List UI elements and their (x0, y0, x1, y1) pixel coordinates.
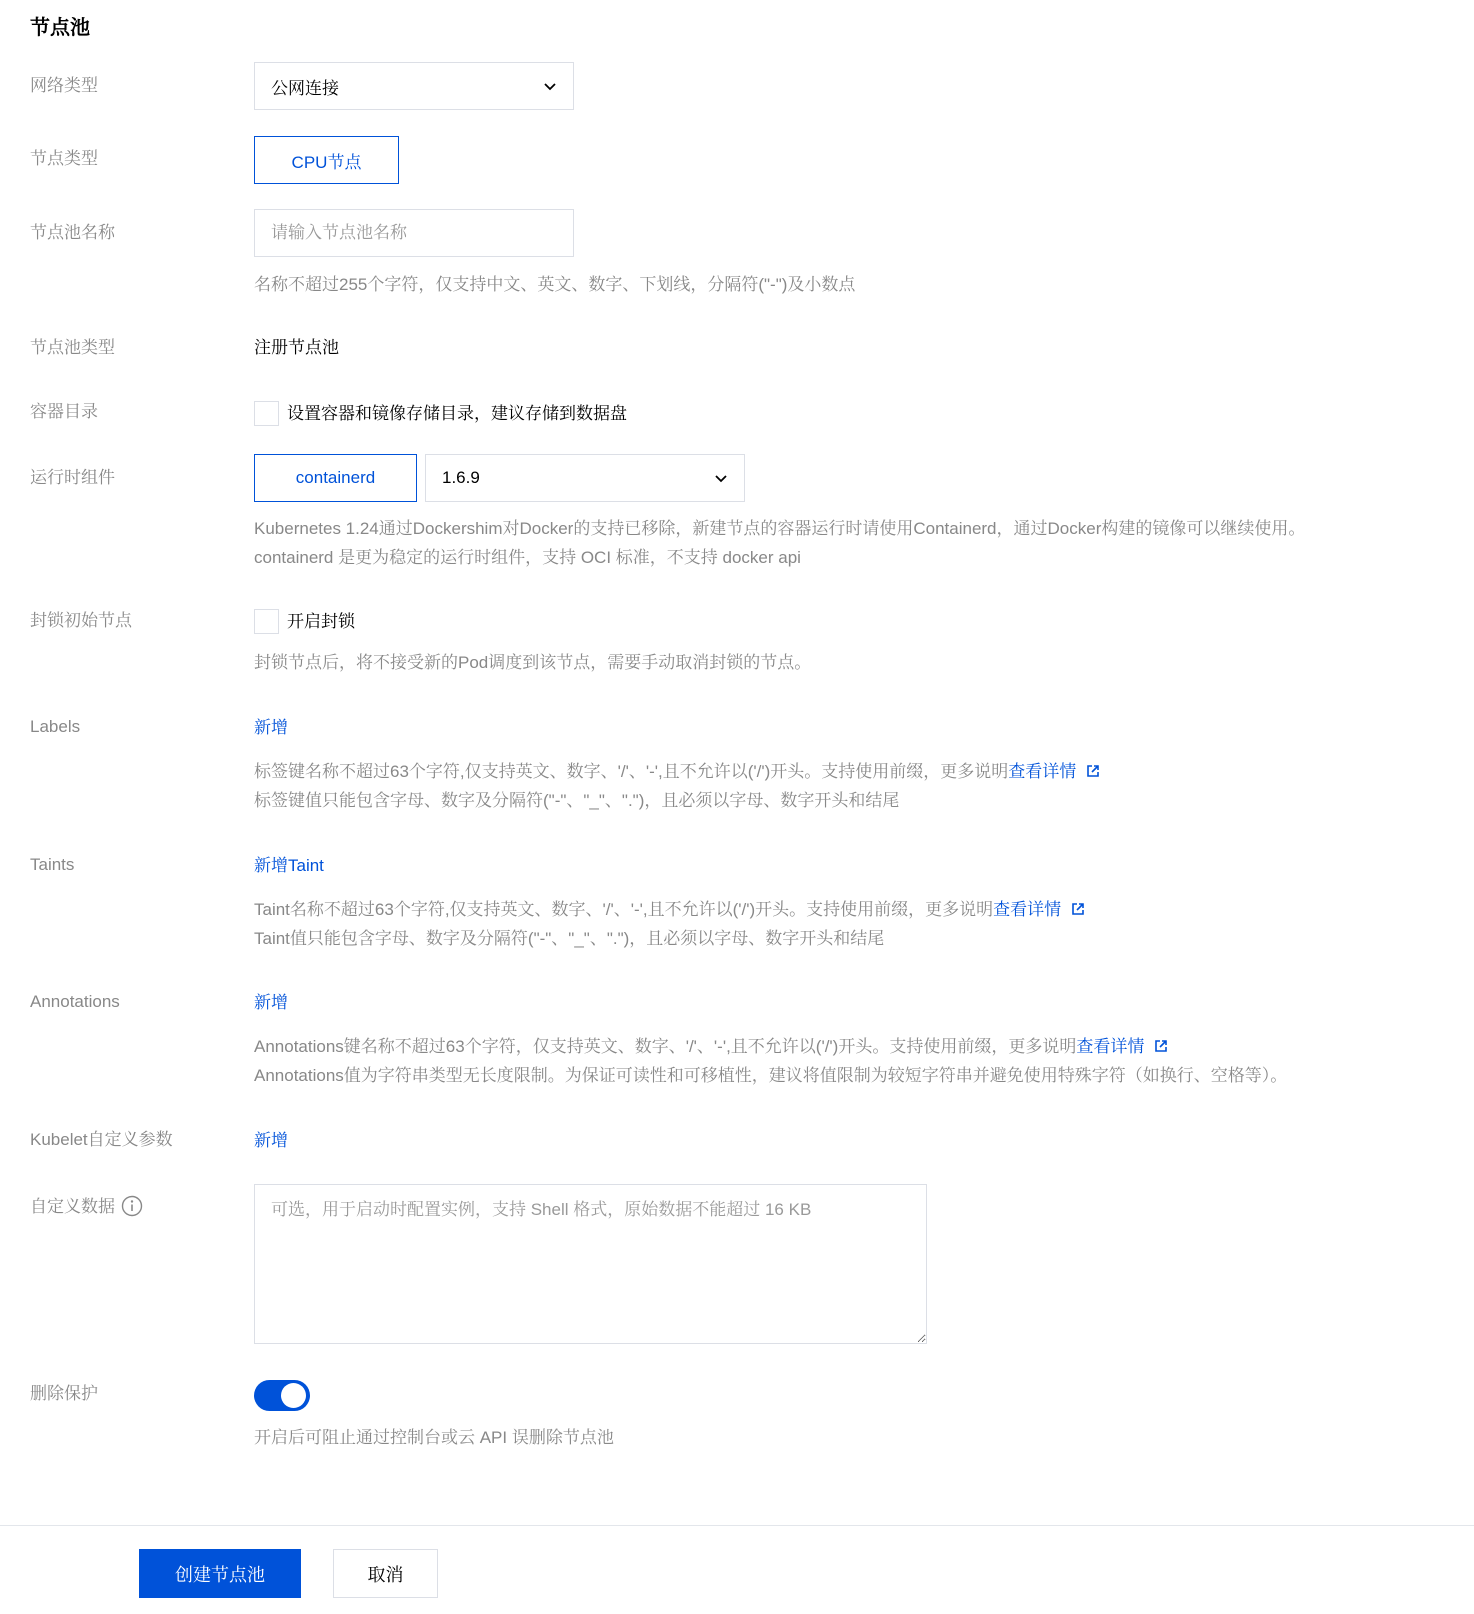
container-dir-checkbox[interactable] (254, 401, 279, 426)
annotations-details-link[interactable]: 查看详情 (1076, 1037, 1144, 1056)
annotations-help-1: Annotations键名称不超过63个字符，仅支持英文、数字、'/'、'-',… (254, 1032, 1168, 1061)
external-link-icon[interactable] (1071, 902, 1085, 916)
toggle-knob (281, 1383, 306, 1408)
containerd-button[interactable]: containerd (254, 454, 417, 502)
labels-label: Labels (30, 715, 80, 739)
add-annotation-link[interactable]: 新增 (254, 991, 288, 1015)
delete-protection-toggle[interactable] (254, 1380, 310, 1411)
cordon-checkbox-label: 开启封锁 (287, 610, 355, 634)
taints-help-1: Taint名称不超过63个字符,仅支持英文、数字、'/'、'-',且不允许以('… (254, 895, 1085, 924)
kubelet-label: Kubelet自定义参数 (30, 1128, 173, 1152)
external-link-icon[interactable] (1086, 764, 1100, 778)
add-kubelet-param-link[interactable]: 新增 (254, 1129, 288, 1153)
pool-name-label: 节点池名称 (30, 221, 115, 245)
network-type-select[interactable]: 公网连接 (254, 62, 574, 110)
runtime-help-2: containerd 是更为稳定的运行时组件，支持 OCI 标准，不支持 doc… (254, 543, 801, 572)
page-title: 节点池 (30, 14, 90, 42)
cordon-checkbox[interactable] (254, 609, 279, 634)
container-dir-label: 容器目录 (30, 400, 98, 424)
add-taint-link[interactable]: 新增Taint (254, 854, 324, 878)
runtime-version-value: 1.6.9 (442, 468, 480, 488)
annotations-help-text: Annotations键名称不超过63个字符，仅支持英文、数字、'/'、'-',… (254, 1037, 1076, 1056)
delete-protection-label: 删除保护 (30, 1382, 98, 1406)
pool-type-label: 节点池类型 (30, 336, 115, 360)
create-node-pool-button[interactable]: 创建节点池 (139, 1549, 301, 1598)
pool-name-help: 名称不超过255个字符，仅支持中文、英文、数字、下划线，分隔符("-")及小数点 (254, 270, 855, 299)
taints-label: Taints (30, 853, 74, 877)
custom-data-textarea[interactable] (254, 1184, 927, 1344)
runtime-label: 运行时组件 (30, 466, 115, 490)
external-link-icon[interactable] (1154, 1039, 1168, 1053)
taints-help-2: Taint值只能包含字母、数字及分隔符("-"、"_"、".")，且必须以字母、… (254, 924, 884, 953)
cpu-node-button[interactable]: CPU节点 (254, 136, 399, 184)
labels-help-text: 标签键名称不超过63个字符,仅支持英文、数字、'/'、'-',且不允许以('/'… (254, 762, 1008, 781)
cancel-button[interactable]: 取消 (333, 1549, 438, 1598)
labels-details-link[interactable]: 查看详情 (1008, 762, 1076, 781)
annotations-label: Annotations (30, 990, 120, 1014)
info-icon[interactable] (121, 1195, 143, 1217)
runtime-help-1: Kubernetes 1.24通过Dockershim对Docker的支持已移除… (254, 514, 1305, 543)
chevron-down-icon (543, 79, 557, 93)
node-type-label: 节点类型 (30, 147, 98, 171)
delete-protection-help: 开启后可阻止通过控制台或云 API 误删除节点池 (254, 1423, 614, 1452)
custom-data-label-row: 自定义数据 (30, 1195, 143, 1219)
container-dir-checkbox-row[interactable]: 设置容器和镜像存储目录，建议存储到数据盘 (254, 401, 627, 426)
taints-details-link[interactable]: 查看详情 (993, 900, 1061, 919)
container-dir-checkbox-label: 设置容器和镜像存储目录，建议存储到数据盘 (287, 402, 627, 426)
labels-help-1: 标签键名称不超过63个字符,仅支持英文、数字、'/'、'-',且不允许以('/'… (254, 757, 1100, 786)
cordon-label: 封锁初始节点 (30, 609, 132, 633)
labels-help-2: 标签键值只能包含字母、数字及分隔符("-"、"_"、".")，且必须以字母、数字… (254, 786, 899, 815)
footer-divider (0, 1525, 1474, 1526)
taints-help-text: Taint名称不超过63个字符,仅支持英文、数字、'/'、'-',且不允许以('… (254, 900, 993, 919)
pool-type-value: 注册节点池 (254, 336, 339, 360)
network-type-value: 公网连接 (271, 74, 339, 99)
chevron-down-icon (714, 471, 728, 485)
cordon-help: 封锁节点后，将不接受新的Pod调度到该节点，需要手动取消封锁的节点。 (254, 648, 811, 677)
runtime-version-select[interactable]: 1.6.9 (425, 454, 745, 502)
add-label-link[interactable]: 新增 (254, 716, 288, 740)
network-type-label: 网络类型 (30, 74, 98, 98)
annotations-help-2: Annotations值为字符串类型无长度限制。为保证可读性和可移植性，建议将值… (254, 1061, 1287, 1090)
pool-name-input[interactable] (254, 209, 574, 257)
cordon-checkbox-row[interactable]: 开启封锁 (254, 609, 355, 634)
custom-data-label: 自定义数据 (30, 1197, 115, 1216)
